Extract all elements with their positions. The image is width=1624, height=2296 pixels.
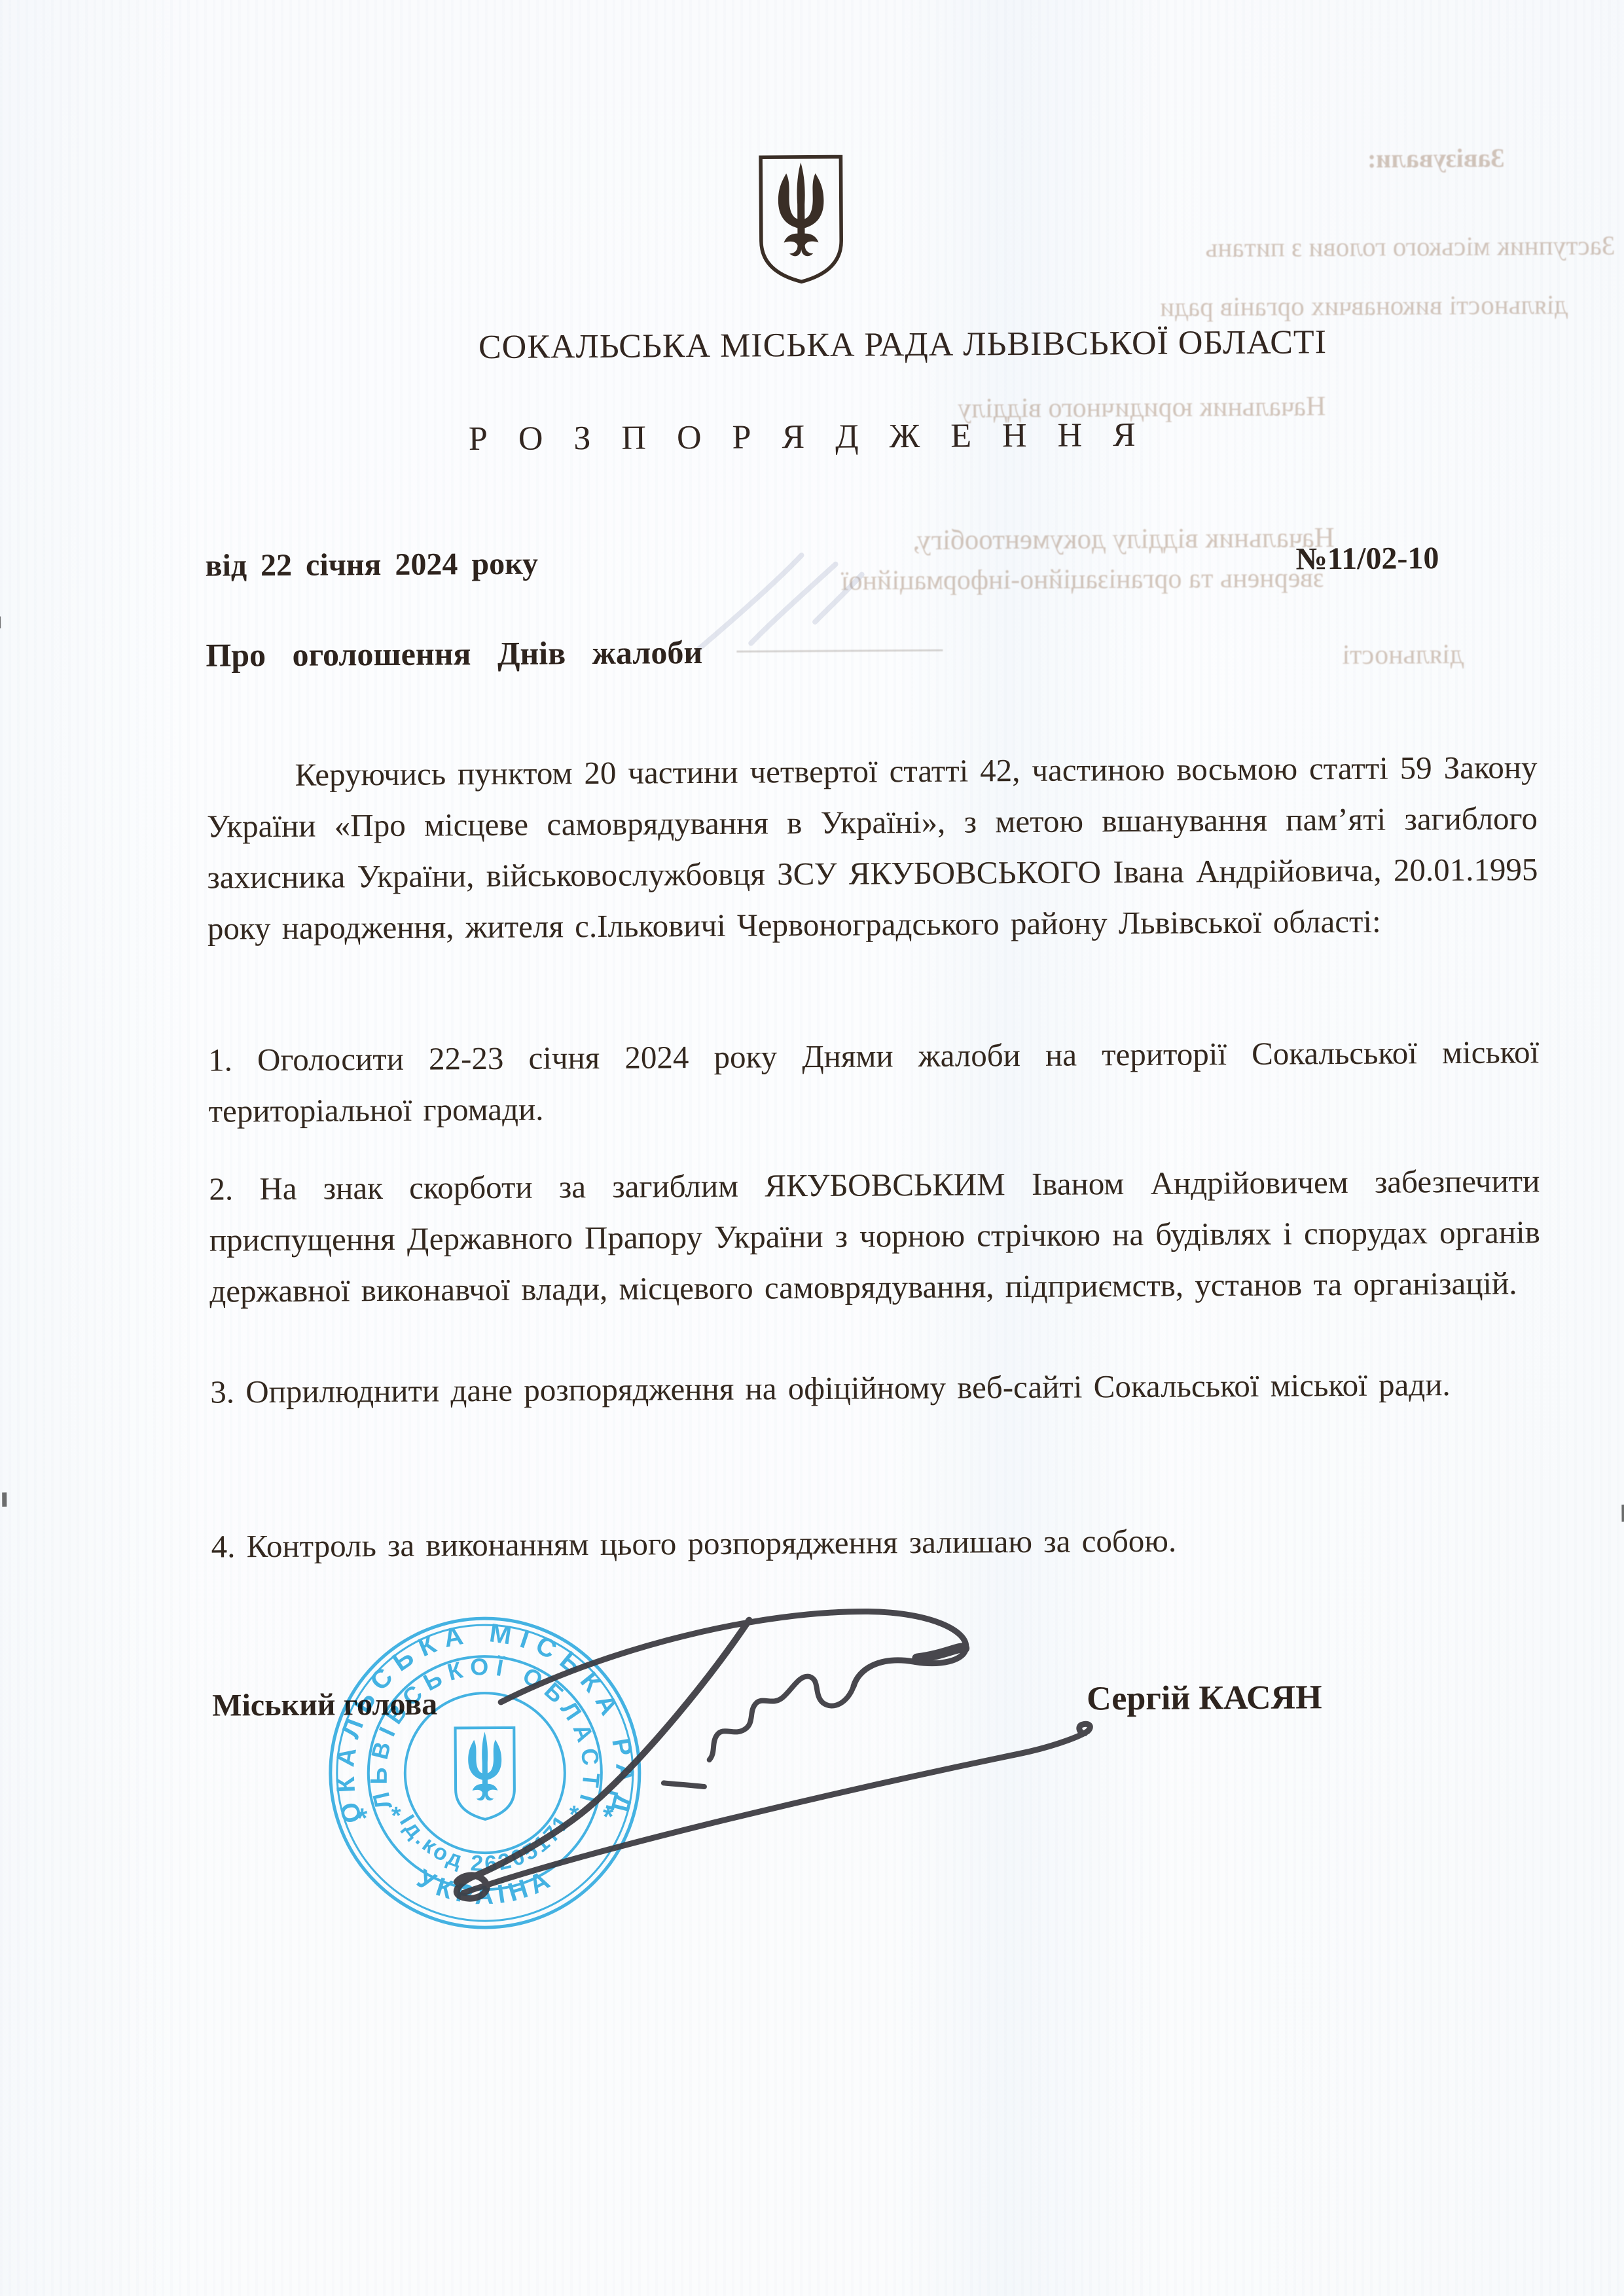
paragraph-item-4: 4. Контроль за виконанням цього розпоряд… (211, 1513, 1542, 1572)
document-date: від 22 січня 2024 року (205, 546, 538, 584)
stamp-star-left-outer: * (357, 1802, 368, 1833)
organization-name: СОКАЛЬСЬКА МІСЬКА РАДА ЛЬВІВСЬКОЇ ОБЛАСТ… (437, 323, 1367, 367)
bleedthrough-visa3-line1: Начальник відділу документообігу, (912, 522, 1335, 556)
coat-of-arms-trident-icon (755, 153, 847, 287)
bleedthrough-visa-label: Завізували: (1367, 143, 1505, 174)
document-type-title: Р О З П О Р Я Д Ж Е Н Н Я (0, 412, 1620, 461)
scanned-document-page: Завізували: Заступник міського голови з … (0, 0, 1624, 2296)
paragraph-intro: Керуючись пунктом 20 частини четвертої с… (206, 742, 1538, 954)
bleedthrough-visa1-line1: Заступник міського голови з питань (1205, 229, 1615, 263)
paragraph-item-2: 2. На знак скорботи за загиблим ЯКУБОВСЬ… (209, 1156, 1540, 1317)
bleedthrough-visa1-line2: діяльності виконавчих органів ради (1160, 289, 1568, 323)
document-sheet: Завізували: Заступник міського голови з … (0, 0, 1624, 2296)
scan-edge-artifact (2, 1493, 7, 1507)
handwritten-signature (395, 1569, 1183, 1967)
paragraph-item-3: 3. Оприлюднити дане розпорядження на офі… (210, 1358, 1541, 1417)
paragraph-item-1: 1. Оголосити 22-23 січня 2024 року Днями… (208, 1027, 1540, 1137)
document-subject: Про оголошення Днів жалоби (206, 633, 702, 674)
scan-edge-artifact (1621, 1504, 1624, 1522)
bleedthrough-visa3-line2: звернень та організаційно-інформаційної (841, 562, 1324, 597)
bleedthrough-visa3-line3: діяльності (1342, 639, 1464, 671)
document-number: №11/02-10 (1295, 540, 1439, 577)
scan-edge-artifact (0, 617, 1, 629)
